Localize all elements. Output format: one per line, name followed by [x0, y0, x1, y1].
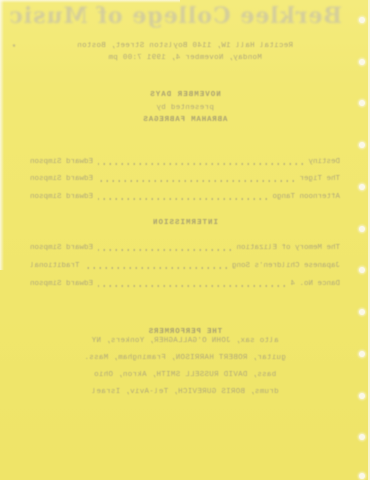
- binding-hole-icon: [359, 184, 365, 190]
- binding-hole-icon: [359, 393, 365, 399]
- binding-hole-icon: [359, 100, 365, 106]
- binding-hole-icon: [359, 226, 365, 232]
- piece-credit: Edward Simpson: [30, 193, 93, 201]
- event-title: NOVEMBER DAYS: [0, 91, 370, 99]
- piece-credit: Edward Simpson: [30, 280, 93, 288]
- binding-hole-icon: [359, 17, 365, 23]
- berklee-logo-text: Berklee College of Music: [28, 3, 342, 29]
- leader-dots: [98, 249, 231, 251]
- leader-dots: [98, 180, 294, 182]
- binding-hole-icon: [359, 142, 365, 148]
- paper-edge-left: [0, 0, 4, 270]
- intermission-label: INTERMISSION: [0, 219, 370, 227]
- binding-hole-icon: [359, 351, 365, 357]
- performer-line: alto sax, JOHN O'GALLAGHER, Yonkers, NY: [0, 337, 370, 345]
- performer-line: guitar, ROBERT HARRISON, Framingham, Mas…: [0, 354, 370, 362]
- binding-hole-icon: [359, 59, 365, 65]
- binding-holes: [354, 0, 370, 480]
- program-page: Berklee College of Music * Recital Hall …: [0, 0, 370, 480]
- program-row: Dance No. 4 Edward Simpson: [30, 280, 340, 288]
- leader-dots: [98, 198, 267, 200]
- piece-credit: Edward Simpson: [30, 158, 93, 166]
- piece-title: Japanese Children's Song: [232, 262, 340, 270]
- binding-hole-icon: [359, 267, 365, 273]
- program-row: Japanese Children's Song Traditional: [30, 262, 340, 270]
- piece-title: Destiny: [308, 158, 340, 166]
- venue-line: Recital Hall 1W, 1140 Boylston Street, B…: [0, 42, 370, 50]
- leader-dots: [98, 163, 303, 165]
- leader-dots: [98, 285, 285, 287]
- leader-dots: [85, 267, 227, 269]
- piece-title: Afternoon Tango: [272, 193, 340, 201]
- piece-credit: Edward Simpson: [30, 244, 93, 252]
- piece-credit: Traditional: [30, 262, 80, 270]
- piece-title: The Tiger: [299, 175, 340, 183]
- performer-line: drums, BORIS GUREVICH, Tel-Aviv, Israel: [0, 388, 370, 396]
- piece-credit: Edward Simpson: [30, 175, 93, 183]
- piece-title: Dance No. 4: [290, 280, 340, 288]
- date-line: Monday, November 4, 1991 7:00 pm: [0, 54, 370, 62]
- binding-hole-icon: [359, 473, 365, 479]
- program-row: The Tiger Edward Simpson: [30, 175, 340, 183]
- presenter-name: ABRAHAM FABREGAS: [0, 116, 370, 124]
- presented-by-label: presented by: [0, 104, 370, 112]
- program-row: The Memory of Elization Edward Simpson: [30, 244, 340, 252]
- program-row: Afternoon Tango Edward Simpson: [30, 193, 340, 201]
- performers-heading: THE PERFORMERS: [0, 328, 370, 336]
- binding-hole-icon: [359, 309, 365, 315]
- performer-line: bass, DAVID RUSSELL SMITH, Akron, Ohio: [0, 371, 370, 379]
- piece-title: The Memory of Elization: [236, 244, 340, 252]
- binding-hole-icon: [359, 434, 365, 440]
- program-row: Destiny Edward Simpson: [30, 158, 340, 166]
